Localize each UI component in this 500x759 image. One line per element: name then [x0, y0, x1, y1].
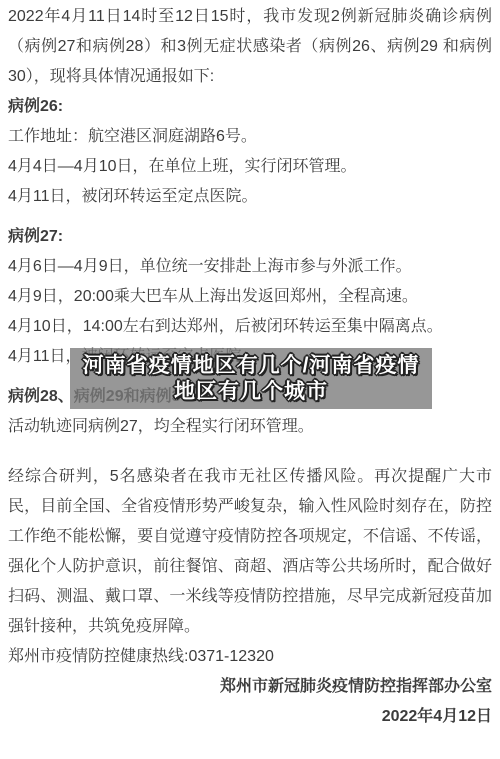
case-27-line-1: 4月6日—4月9日，单位统一安排赴上海市参与外派工作。 [8, 252, 492, 282]
case-27-line-3: 4月10日，14:00左右到达郑州，后被闭环转运至集中隔离点。 [8, 312, 492, 342]
advisory-paragraph: 经综合研判，5名感染者在我市无社区传播风险。再次提醒广大市民，目前全国、全省疫情… [8, 462, 492, 642]
case-26-line-2: 4月4日—4月10日，在单位上班，实行闭环管理。 [8, 152, 492, 182]
case-26-section: 病例26: 工作地址：航空港区洞庭湖路6号。 4月4日—4月10日，在单位上班，… [8, 92, 492, 212]
case-26-line-3: 4月11日，被闭环转运至定点医院。 [8, 182, 492, 212]
hotline-line: 郑州市疫情防控健康热线:0371-12320 [8, 642, 492, 672]
watermark-text-line1: 河南省疫情地区有几个/河南省疫情 [83, 353, 420, 379]
case-28-29-30-line-1: 活动轨迹同病例27，均全程实行闭环管理。 [8, 412, 492, 442]
signature-date: 2022年4月12日 [8, 702, 492, 732]
intro-paragraph: 2022年4月11日14时至12日15时，我市发现2例新冠肺炎确诊病例（病例27… [8, 2, 492, 92]
notice-page: 2022年4月11日14时至12日15时，我市发现2例新冠肺炎确诊病例（病例27… [0, 0, 500, 759]
case-27-line-2: 4月9日，20:00乘大巴车从上海出发返回郑州，全程高速。 [8, 282, 492, 312]
watermark-overlay: 河南省疫情地区有几个/河南省疫情 地区有几个城市 [70, 348, 432, 409]
watermark-text-line2: 地区有几个城市 [174, 379, 328, 405]
signature-office: 郑州市新冠肺炎疫情防控指挥部办公室 [8, 672, 492, 702]
case-26-line-1: 工作地址：航空港区洞庭湖路6号。 [8, 122, 492, 152]
case-27-heading: 病例27: [8, 222, 492, 252]
case-26-heading: 病例26: [8, 92, 492, 122]
